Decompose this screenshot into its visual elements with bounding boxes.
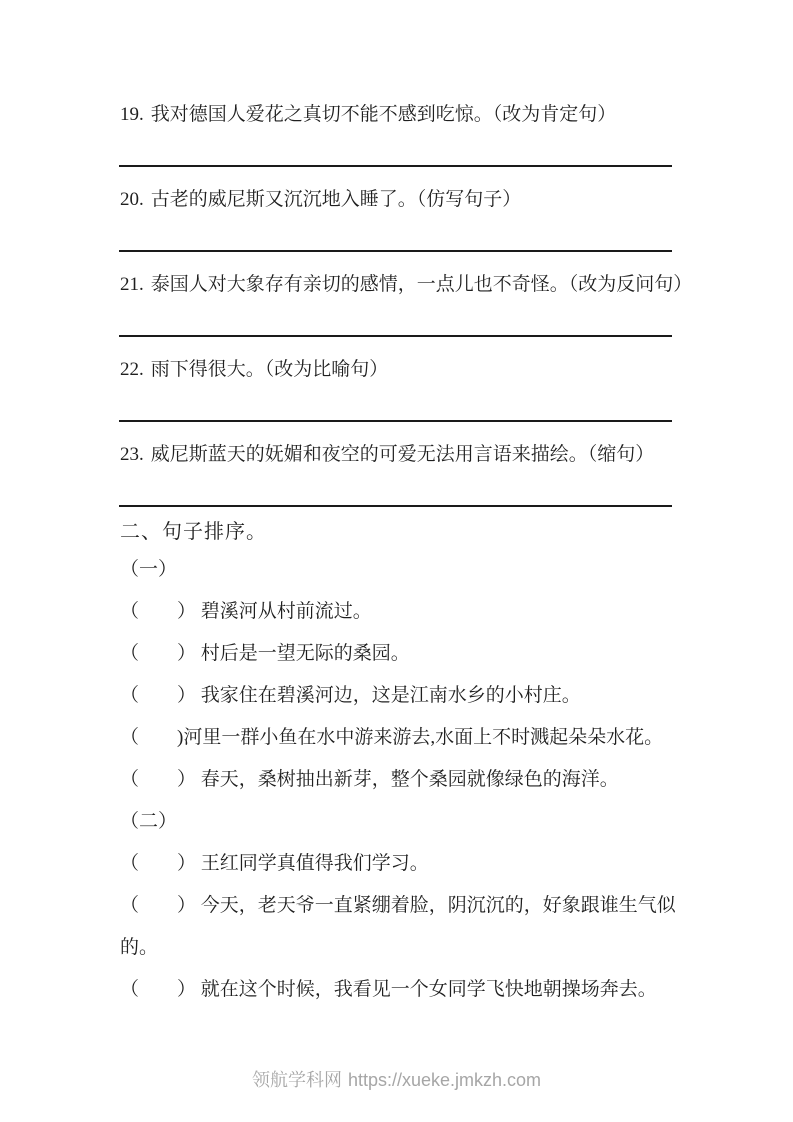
worksheet-page: 19.我对德国人爱花之真切不能不感到吃惊。（改为肯定句） 20.古老的威尼斯又沉… [0,0,793,1122]
question-20-number: 20. [120,189,144,210]
watermark-site-name: 领航学科网 [252,1070,342,1090]
answer-line-20 [119,250,672,252]
question-23: 23.威尼斯蓝天的妩媚和夜空的可爱无法用言语来描绘。（缩句） [120,442,680,468]
ordering-item-1-1: （ ） 碧溪河从村前流过。 [120,591,680,633]
ordering-item-2-1: （ ） 王红同学真值得我们学习。 [120,843,680,885]
ordering-item-1-4: （ )河里一群小鱼在水中游来游去,水面上不时溅起朵朵水花。 [120,717,680,759]
question-19: 19.我对德国人爱花之真切不能不感到吃惊。（改为肯定句） [120,102,680,128]
question-22: 22.雨下得很大。（改为比喻句） [120,357,680,383]
question-20-text: 古老的威尼斯又沉沉地入睡了。（仿写句子） [151,189,522,210]
question-23-number: 23. [120,444,144,465]
group-1-label: （一） [120,549,680,591]
section-2-heading: 二、句子排序。 [120,515,680,549]
ordering-item-2-2-continuation: 的。 [120,927,680,969]
ordering-item-1-3: （ ） 我家住在碧溪河边，这是江南水乡的小村庄。 [120,675,680,717]
question-22-text: 雨下得很大。（改为比喻句） [151,359,389,380]
watermark-url: https://xueke.jmkzh.com [348,1070,541,1090]
answer-line-21 [119,335,672,337]
answer-line-19 [119,165,672,167]
question-21-number: 21. [120,274,144,295]
question-23-text: 威尼斯蓝天的妩媚和夜空的可爱无法用言语来描绘。（缩句） [151,444,655,465]
question-19-text: 我对德国人爱花之真切不能不感到吃惊。（改为肯定句） [151,104,617,125]
ordering-item-2-2: （ ） 今天，老天爷一直紧绷着脸，阴沉沉的，好象跟谁生气似 [120,885,680,927]
question-21-text: 泰国人对大象存有亲切的感情，一点儿也不奇怪。（改为反问句） [151,274,693,295]
group-2-label: （二） [120,801,680,843]
answer-line-22 [119,420,672,422]
ordering-item-1-5: （ ） 春天，桑树抽出新芽，整个桑园就像绿色的海洋。 [120,759,680,801]
ordering-item-2-3: （ ） 就在这个时候，我看见一个女同学飞快地朝操场奔去。 [120,969,680,1011]
question-19-number: 19. [120,104,144,125]
question-20: 20.古老的威尼斯又沉沉地入睡了。（仿写句子） [120,187,680,213]
worksheet-content: 19.我对德国人爱花之真切不能不感到吃惊。（改为肯定句） 20.古老的威尼斯又沉… [120,102,680,1011]
question-22-number: 22. [120,359,144,380]
watermark-footer: 领航学科网https://xueke.jmkzh.com [0,1068,793,1092]
answer-line-23 [119,505,672,507]
ordering-item-1-2: （ ） 村后是一望无际的桑园。 [120,633,680,675]
question-21: 21.泰国人对大象存有亲切的感情，一点儿也不奇怪。（改为反问句） [120,272,680,298]
